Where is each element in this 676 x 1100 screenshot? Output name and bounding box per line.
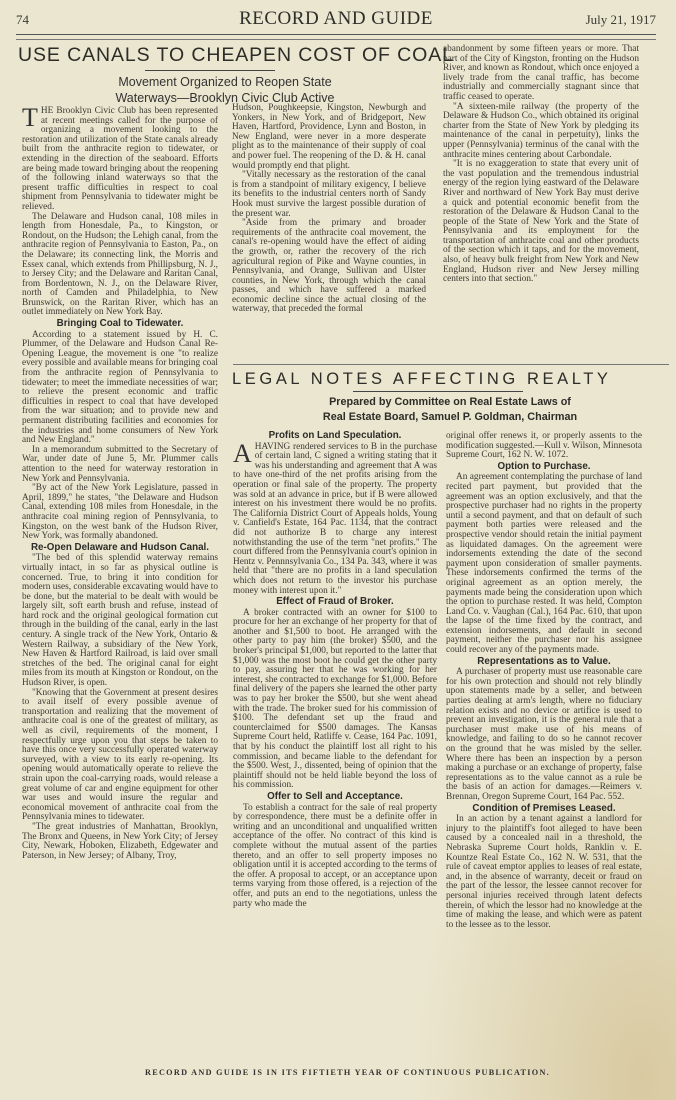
article2-column-left: Profits on Land Speculation. AHAVING ren… bbox=[233, 430, 437, 909]
paragraph: THE Brooklyn Civic Club has been represe… bbox=[22, 107, 218, 213]
paragraph: A purchaser of property must use reasona… bbox=[446, 668, 642, 802]
issue-date: July 21, 1917 bbox=[586, 12, 656, 28]
paragraph: "The great industries of Manhattan, Broo… bbox=[22, 823, 218, 861]
subheading: Re-Open Delaware and Hudson Canal. bbox=[22, 543, 218, 553]
article1-column-3: abandonment by some fifteen years or mor… bbox=[443, 45, 639, 285]
paragraph: "Aside from the primary and broader requ… bbox=[232, 219, 426, 315]
subheading: Bringing Coal to Tidewater. bbox=[22, 319, 218, 329]
subheading: Option to Purchase. bbox=[446, 462, 642, 472]
paragraph: "A sixteen-mile railway (the property of… bbox=[443, 103, 639, 161]
paragraph: "The bed of this splendid waterway remai… bbox=[22, 554, 218, 688]
deck-line: Movement Organized to Reopen State bbox=[80, 74, 370, 90]
article2-headline: LEGAL NOTES AFFECTING REALTY bbox=[232, 370, 672, 389]
masthead: 74 RECORD AND GUIDE July 21, 1917 bbox=[16, 8, 656, 30]
section-rule bbox=[233, 364, 669, 365]
article1-headline: USE CANALS TO CHEAPEN COST OF COAL bbox=[18, 44, 430, 67]
paragraph: "Knowing that the Government at present … bbox=[22, 689, 218, 823]
paragraph: Hudson, Poughkeepsie, Kingston, Newburgh… bbox=[232, 104, 426, 171]
drop-cap: T bbox=[22, 108, 38, 128]
subheading: Effect of Fraud of Broker. bbox=[233, 597, 437, 607]
paragraph: In a memorandum submitted to the Secreta… bbox=[22, 446, 218, 484]
article1-deck: Movement Organized to Reopen State Water… bbox=[80, 74, 370, 106]
paragraph: The Delaware and Hudson canal, 108 miles… bbox=[22, 213, 218, 319]
article2-deck: Prepared by Committee on Real Estate Law… bbox=[250, 395, 650, 425]
headline-rule bbox=[353, 391, 523, 392]
paragraph: An agreement contemplating the purchase … bbox=[446, 473, 642, 655]
paragraph: AHAVING rendered services to B in the pu… bbox=[233, 443, 437, 597]
drop-cap: A bbox=[233, 444, 252, 464]
deck-line: Prepared by Committee on Real Estate Law… bbox=[250, 395, 650, 410]
footer-banner: RECORD AND GUIDE IS IN ITS FIFTIETH YEAR… bbox=[145, 1068, 550, 1077]
paragraph: "By act of the New York Legislature, pas… bbox=[22, 484, 218, 542]
article1-column-1: THE Brooklyn Civic Club has been represe… bbox=[22, 107, 218, 861]
headline-rule bbox=[145, 70, 275, 71]
paragraph: original offer renews it, or properly as… bbox=[446, 432, 642, 461]
article1-column-2: Hudson, Poughkeepsie, Kingston, Newburgh… bbox=[232, 104, 426, 315]
paragraph: According to a statement issued by H. C.… bbox=[22, 331, 218, 446]
publication-title: RECORD AND GUIDE bbox=[16, 8, 656, 30]
newspaper-page: 74 RECORD AND GUIDE July 21, 1917 USE CA… bbox=[0, 0, 676, 1100]
subheading: Profits on Land Speculation. bbox=[233, 431, 437, 441]
subheading: Offer to Sell and Acceptance. bbox=[233, 792, 437, 802]
masthead-rule bbox=[16, 34, 656, 40]
paragraph: abandonment by some fifteen years or mor… bbox=[443, 45, 639, 103]
deck-line: Real Estate Board, Samuel P. Goldman, Ch… bbox=[250, 410, 650, 425]
paragraph: A broker contracted with an owner for $1… bbox=[233, 609, 437, 791]
paragraph: In an action by a tenant against a landl… bbox=[446, 815, 642, 930]
article2-column-right: original offer renews it, or properly as… bbox=[446, 432, 642, 930]
subheading: Condition of Premises Leased. bbox=[446, 804, 642, 814]
subheading: Representations as to Value. bbox=[446, 657, 642, 667]
paragraph: "It is no exaggeration to state that eve… bbox=[443, 160, 639, 285]
paragraph: To establish a contract for the sale of … bbox=[233, 804, 437, 910]
paragraph: "Vitally necessary as the restoration of… bbox=[232, 171, 426, 219]
